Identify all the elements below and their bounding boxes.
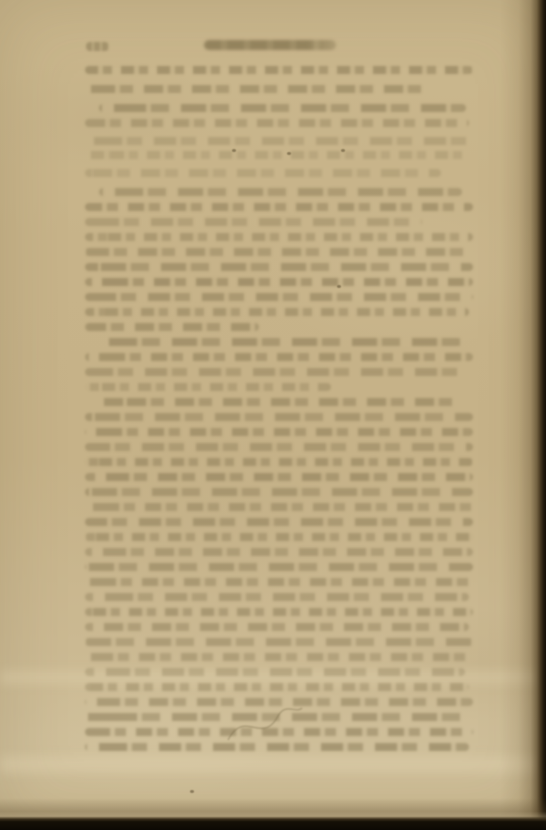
paper-speck (287, 152, 291, 155)
bleedthrough-line (85, 203, 473, 211)
bleedthrough-line (99, 188, 462, 196)
page-edge-shadow (500, 0, 546, 830)
bleedthrough-line (85, 458, 473, 466)
bleedthrough-line (85, 443, 473, 451)
bleedthrough-line (99, 104, 466, 112)
bleedthrough-line (85, 563, 473, 571)
bleedthrough-line (85, 428, 473, 436)
bleedthrough-line (85, 698, 473, 706)
bleedthrough-line (85, 169, 441, 177)
bleedthrough-line (85, 728, 473, 736)
bleedthrough-line (85, 151, 465, 159)
paper-speck (232, 149, 236, 152)
bleedthrough-line (85, 623, 469, 631)
bleedthrough-line (85, 518, 473, 526)
scanned-book-page (0, 0, 546, 830)
bleedthrough-line (85, 119, 469, 127)
scan-bed-bottom-edge (0, 798, 546, 830)
bleedthrough-line (99, 338, 462, 346)
bleedthrough-line (85, 293, 473, 301)
bleedthrough-line (85, 368, 469, 376)
bleedthrough-line (85, 308, 469, 316)
bleedthrough-line (85, 638, 473, 646)
bleedthrough-line (85, 713, 469, 721)
bleedthrough-line (85, 593, 469, 601)
bleedthrough-line (85, 503, 473, 511)
bleedthrough-line (85, 278, 473, 286)
paper-light-band (0, 756, 546, 773)
bleedthrough-line (85, 578, 473, 586)
bleedthrough-line (85, 233, 473, 241)
bleedthrough-line (99, 398, 458, 406)
illegible-running-title (204, 40, 336, 50)
bleedthrough-line (85, 533, 473, 541)
bleedthrough-line (85, 248, 473, 256)
bleedthrough-line (85, 668, 465, 676)
bleedthrough-line (85, 85, 426, 93)
paper-light-band (0, 671, 546, 684)
bleedthrough-line (85, 353, 473, 361)
pencil-smudge-mark (0, 0, 546, 830)
page-edge-highlight (540, 0, 542, 830)
bleedthrough-line (85, 488, 473, 496)
bleedthrough-line (85, 218, 422, 226)
illegible-page-number (86, 42, 109, 51)
bleedthrough-line (85, 383, 331, 391)
paper-speck (190, 790, 194, 793)
paper-speck (337, 285, 341, 288)
bleedthrough-line (85, 608, 473, 616)
bleedthrough-line (85, 323, 259, 331)
bleedthrough-line (85, 473, 473, 481)
bleedthrough-line (85, 653, 469, 661)
bleedthrough-line (85, 263, 473, 271)
bleedthrough-line (85, 66, 473, 74)
paper-speck (341, 149, 345, 152)
paper-texture (0, 0, 546, 830)
bleedthrough-line (85, 548, 473, 556)
bleedthrough-line (85, 137, 469, 145)
bleedthrough-line (85, 743, 469, 751)
bleedthrough-line (85, 683, 469, 691)
bleedthrough-line (85, 413, 473, 421)
